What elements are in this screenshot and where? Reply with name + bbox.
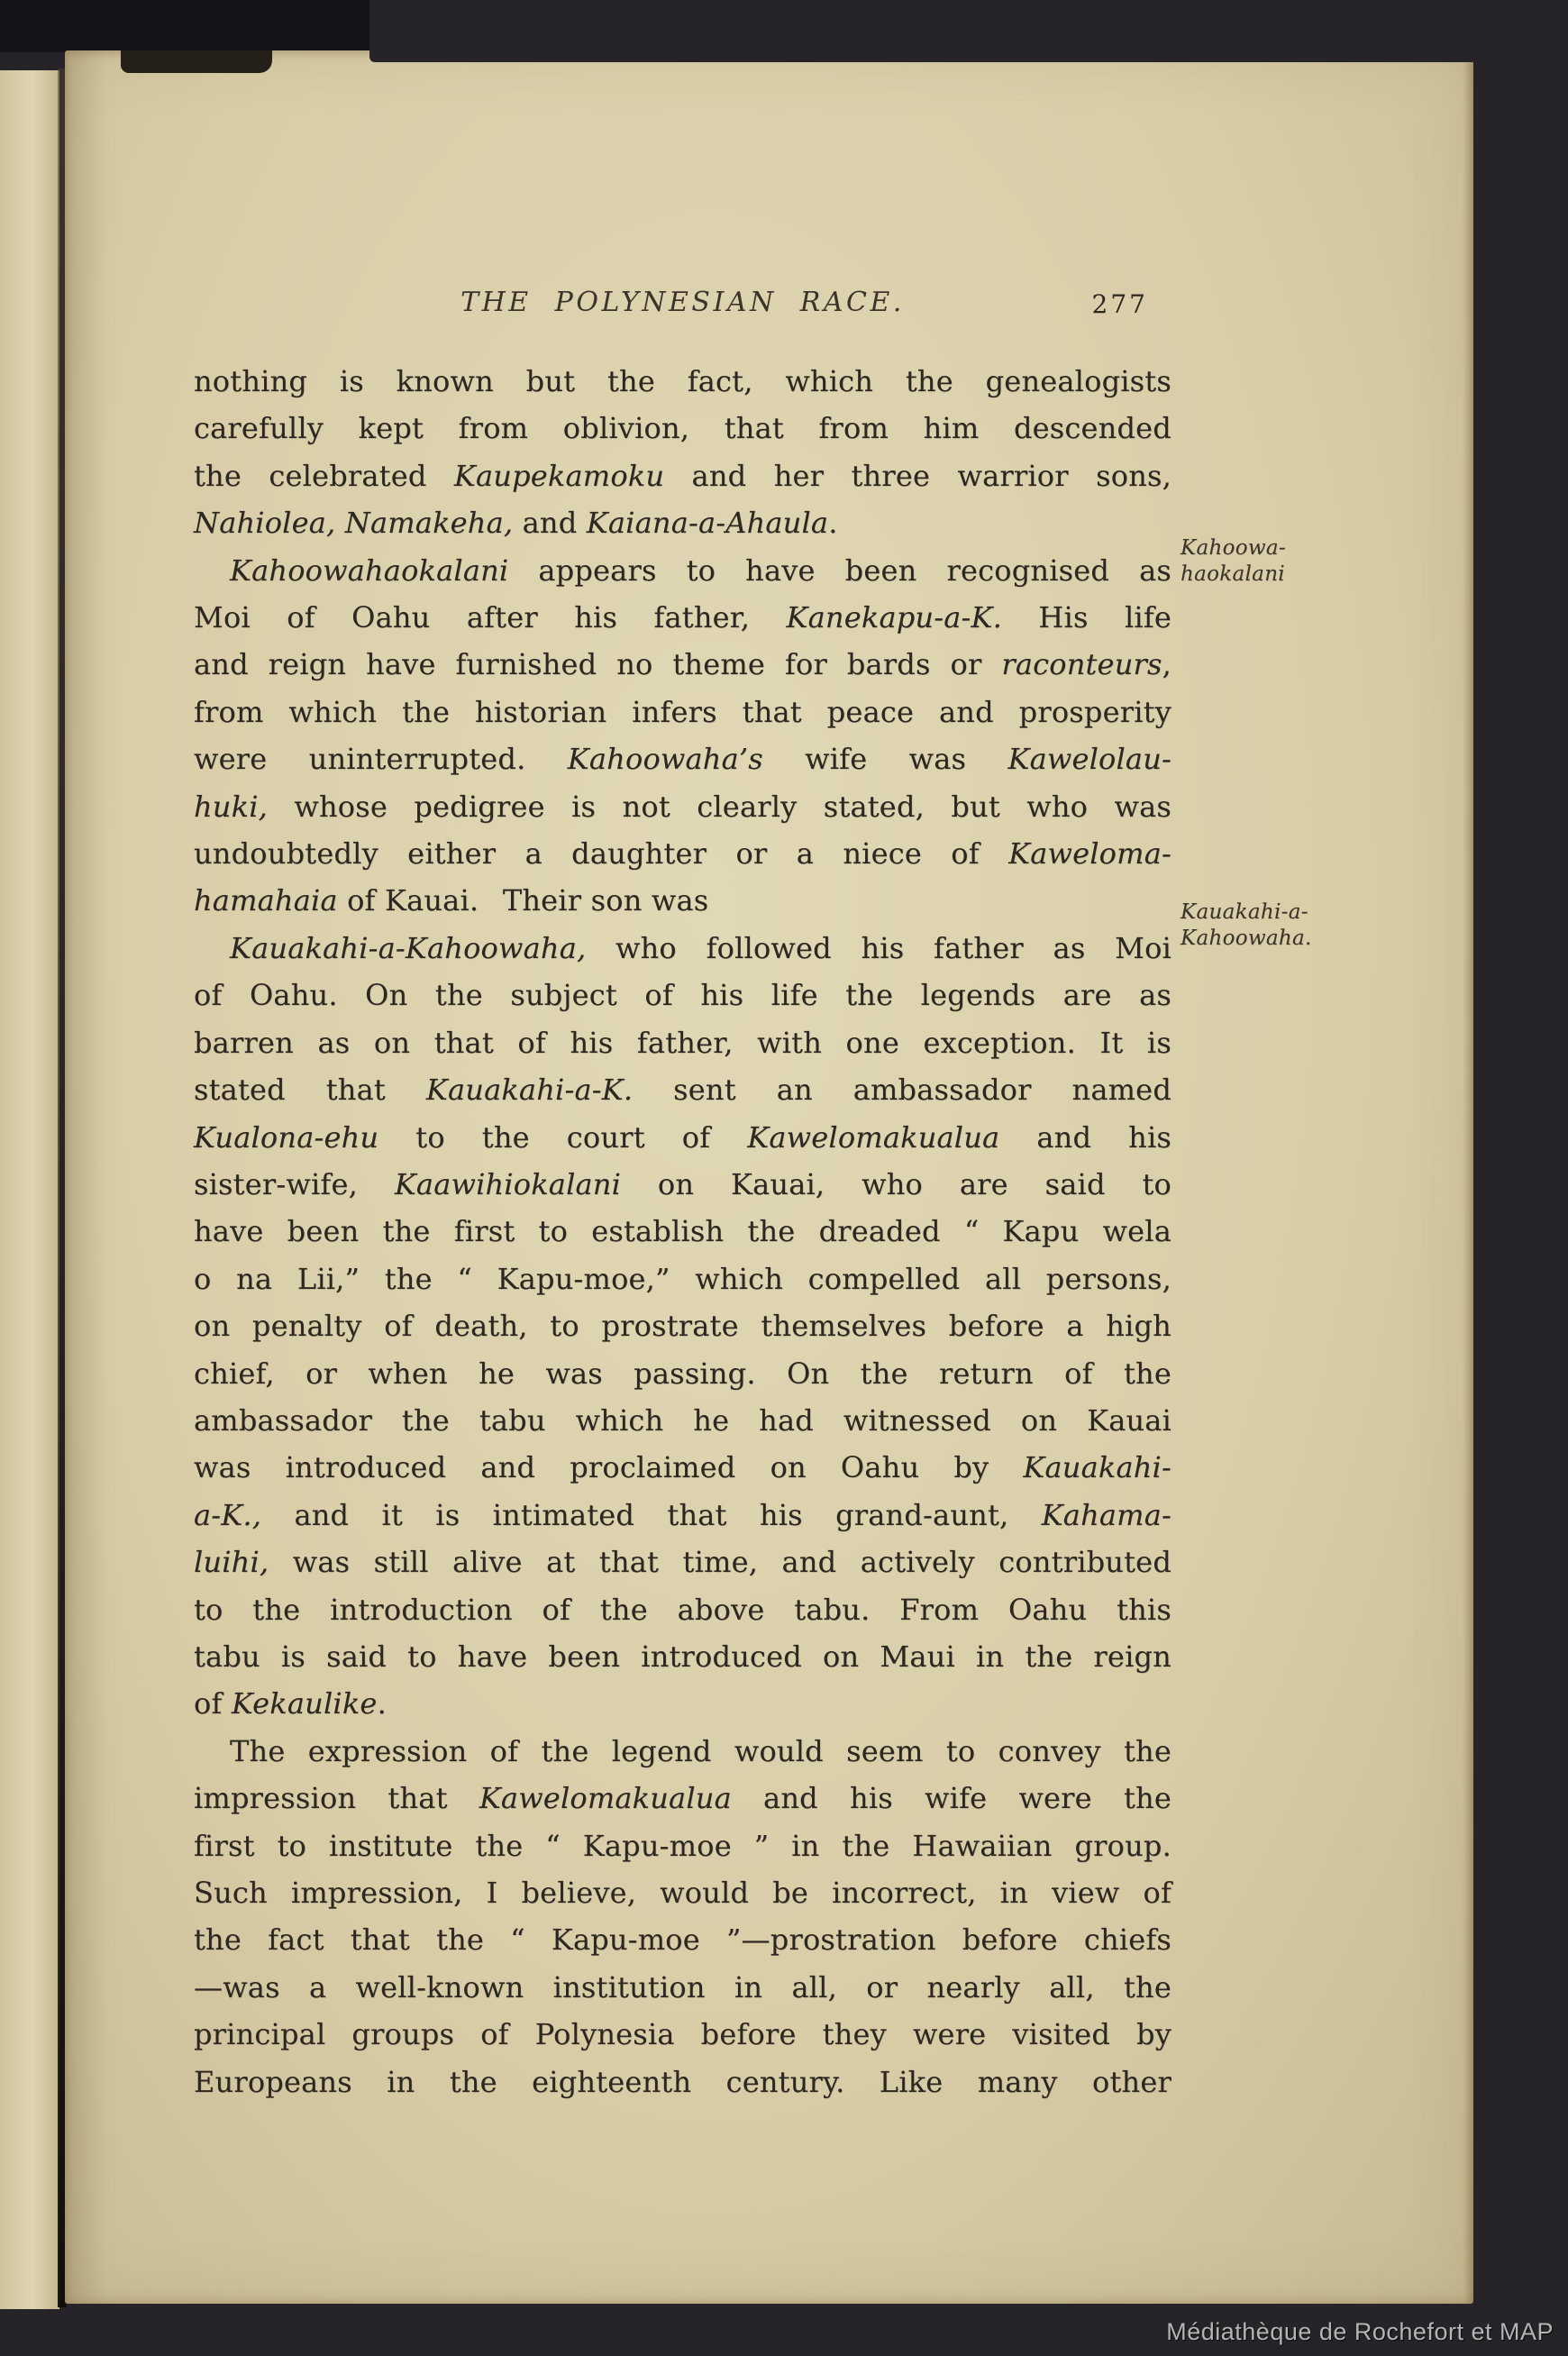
text-line: o na Lii,” the “ Kapu-moe,” which compel… (194, 1256, 1171, 1302)
text-line: of Kekaulike. (194, 1680, 1171, 1727)
text-line: Europeans in the eighteenth century. Lik… (194, 2059, 1171, 2105)
text-line: on penalty of death, to prostrate themse… (194, 1302, 1171, 1349)
text-line: hamahaia of Kauai. Their son was (194, 877, 1171, 924)
text-line: of Oahu. On the subject of his life the … (194, 972, 1171, 1018)
margin-note-line: haokalani (1181, 562, 1397, 588)
text-line: sister-wife, Kaawihiokalani on Kauai, wh… (194, 1161, 1171, 1208)
photo-background-edge (369, 50, 1568, 62)
library-watermark: Médiathèque de Rochefort et MAP (1166, 2318, 1554, 2346)
page-number: 277 (1092, 289, 1148, 319)
text-line: first to institute the “ Kapu-moe ” in t… (194, 1822, 1171, 1869)
text-line: undoubtedly either a daughter or a niece… (194, 830, 1171, 877)
text-line: Kauakahi-a-Kahoowaha, who followed his f… (194, 925, 1171, 972)
text-line: impression that Kawelomakualua and his w… (194, 1775, 1171, 1822)
photo-background-corner (0, 0, 369, 52)
photo-background: THE POLYNESIAN RACE. 277 nothing is know… (0, 0, 1568, 2356)
text-line: from which the historian infers that pea… (194, 689, 1171, 735)
running-header: THE POLYNESIAN RACE. 277 (194, 287, 1171, 328)
margin-note: Kauakahi-a- Kahoowaha. (1181, 899, 1397, 952)
text-line: huki, whose pedigree is not clearly stat… (194, 783, 1171, 830)
text-line: principal groups of Polynesia before the… (194, 2011, 1171, 2058)
text-line: the celebrated Kaupekamoku and her three… (194, 452, 1171, 499)
text-line: Kualona-ehu to the court of Kawelomakual… (194, 1114, 1171, 1161)
text-line: a-K., and it is intimated that his grand… (194, 1492, 1171, 1539)
margin-note: Kahoowa- haokalani (1181, 535, 1397, 588)
text-line: Moi of Oahu after his father, Kanekapu-a… (194, 594, 1171, 641)
text-line: carefully kept from oblivion, that from … (194, 405, 1171, 452)
text-line: the fact that the “ Kapu-moe ”—prostrati… (194, 1916, 1171, 1963)
text-line: were uninterrupted. Kahoowaha’s wife was… (194, 735, 1171, 782)
margin-note-line: Kahoowa- (1181, 535, 1397, 562)
body-text: nothing is known but the fact, which the… (194, 358, 1171, 2105)
text-line: Nahiolea, Namakeha, and Kaiana-a-Ahaula. (194, 499, 1171, 546)
text-line: and reign have furnished no theme for ba… (194, 641, 1171, 688)
text-line: chief, or when he was passing. On the re… (194, 1350, 1171, 1397)
text-line: was introduced and proclaimed on Oahu by… (194, 1444, 1171, 1491)
text-line: tabu is said to have been introduced on … (194, 1633, 1171, 1680)
text-line: luihi, was still alive at that time, and… (194, 1539, 1171, 1585)
book-page: THE POLYNESIAN RACE. 277 nothing is know… (65, 50, 1473, 2304)
text-line: have been the first to establish the dre… (194, 1208, 1171, 1255)
book-page-edges (0, 70, 59, 2309)
text-line: ambassador the tabu which he had witness… (194, 1397, 1171, 1444)
text-line: to the introduction of the above tabu. F… (194, 1586, 1171, 1633)
photo-background-edge (121, 50, 272, 73)
text-line: Such impression, I believe, would be inc… (194, 1869, 1171, 1916)
page-title: THE POLYNESIAN RACE. (194, 287, 1171, 318)
text-line: nothing is known but the fact, which the… (194, 358, 1171, 405)
margin-note-line: Kauakahi-a- (1181, 899, 1397, 926)
text-line: stated that Kauakahi-a-K. sent an ambass… (194, 1066, 1171, 1113)
text-line: barren as on that of his father, with on… (194, 1019, 1171, 1066)
margin-note-line: Kahoowaha. (1181, 926, 1397, 952)
text-line: Kahoowahaokalani appears to have been re… (194, 547, 1171, 594)
text-line: —was a well-known institution in all, or… (194, 1964, 1171, 2011)
text-line: The expression of the legend would seem … (194, 1728, 1171, 1775)
